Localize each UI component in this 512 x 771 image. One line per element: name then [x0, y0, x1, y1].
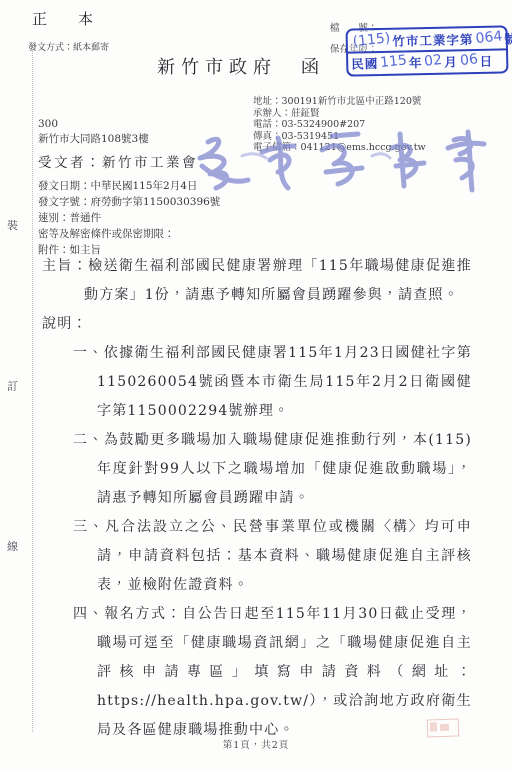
stamp-org-text: 竹市工業: [392, 30, 446, 49]
meta-security-class: 密等及解密條件或保密期限：: [38, 226, 220, 242]
stamp-day-handwritten: 06: [459, 51, 478, 69]
stamp-year-handwritten: 115: [379, 52, 407, 71]
stamp-year-unit: 年: [409, 53, 423, 71]
stamp-date-row: 民國 115 年 02 月 06 日: [348, 48, 506, 73]
meta-doc-number: 發文字號：府勞動字第1150030396號: [38, 194, 220, 210]
item-number: 三、: [73, 519, 105, 535]
explanation-label: 說明：: [42, 310, 472, 339]
stamp-month-unit: 月: [444, 52, 458, 70]
page-number-footer: 第1頁，共2頁: [0, 737, 512, 751]
item-text: 依據衛生福利部國民健康署115年1月23日國健社字第1150260054號函暨本…: [97, 345, 472, 419]
subject-text: 檢送衛生福利部國民健康署辦理「115年職場健康促進推動方案」1份，請惠予轉知所屬…: [84, 258, 472, 303]
explanation-item-1: 一、依據衛生福利部國民健康署115年1月23日國健社字第1150260054號函…: [42, 339, 472, 426]
receipt-date-stamp: (115) 竹市工業 字第 064 號 民國 115 年 02 月 06 日: [346, 25, 509, 76]
recipient-line: 受文者：新竹市工業會: [38, 151, 198, 171]
binding-mark-ding: 訂: [7, 378, 18, 394]
binding-mark-zhuang: 裝: [7, 217, 18, 233]
stamp-month-handwritten: 02: [424, 52, 443, 70]
subject-paragraph: 主旨：檢送衛生福利部國民健康署辦理「115年職場健康促進推動方案」1份，請惠予轉…: [42, 252, 472, 310]
recipient-address: 新竹市大同路108號3樓: [38, 132, 149, 147]
copy-type-label: 正 本: [32, 8, 101, 29]
item-text: 報名方式：自公告日起至115年11月30日截止受理，職場可逕至「健康職場資訊網」…: [97, 606, 472, 738]
item-number: 一、: [73, 345, 104, 361]
recipient-address-block: 300 新竹市大同路108號3樓: [38, 117, 149, 147]
stamp-number-handwritten: 064: [475, 28, 503, 47]
explanation-item-3: 三、凡合法設立之公、民營事業單位或機關〈構〉均可申請，申請資料包括：基本資料、職…: [42, 513, 472, 600]
item-text: 凡合法設立之公、民營事業單位或機關〈構〉均可申請，申請資料包括：基本資料、職場健…: [97, 519, 472, 593]
meta-speed-class: 速別：普通件: [38, 210, 220, 226]
document-body: 主旨：檢送衛生福利部國民健康署辦理「115年職場健康促進推動方案」1份，請惠予轉…: [42, 252, 472, 745]
item-text: 為鼓勵更多職場加入職場健康促進推動行列，本(115)年度針對99人以下之職場增加…: [97, 432, 472, 506]
recipient-postal-code: 300: [38, 117, 149, 132]
contact-fax-line: 傳真：03-5319451: [253, 131, 426, 143]
item-number: 四、: [73, 606, 104, 622]
item-number: 二、: [73, 432, 104, 448]
meta-issue-date: 發文日期：中華民國115年2月4日: [38, 178, 220, 194]
sender-contact-block: 地址：300191新竹市北區中正路120號 承辦人：莊鉦賢 電話：03-5324…: [253, 96, 426, 154]
stamp-minguo-text: 民國: [351, 54, 378, 73]
binding-mark-xian: 線: [7, 538, 18, 554]
stamp-year-prefix-handwritten: (115): [352, 30, 391, 50]
contact-address-line: 地址：300191新竹市北區中正路120號: [253, 96, 426, 108]
contact-officer-line: 承辦人：莊鉦賢: [253, 108, 426, 120]
contact-phone-line: 電話：03-5324900#207: [253, 119, 426, 131]
stamp-hao-text: 號: [504, 29, 512, 47]
document-page: 裝 訂 線 正 本 發文方式：紙本郵寄 檔 號： 保存年限： 新竹市政府 函 (…: [0, 0, 512, 771]
explanation-item-4: 四、報名方式：自公告日起至115年11月30日截止受理，職場可逕至「健康職場資訊…: [42, 600, 472, 745]
explanation-item-2: 二、為鼓勵更多職場加入職場健康促進推動行列，本(115)年度針對99人以下之職場…: [42, 426, 472, 513]
doc-meta-block: 發文日期：中華民國115年2月4日 發文字號：府勞動字第1150030396號 …: [38, 178, 220, 258]
subject-label: 主旨：: [42, 258, 88, 274]
binding-dotted-line: [32, 44, 33, 732]
stamp-zidi-text: 字第: [446, 30, 473, 49]
contact-email-line: 電子信箱：041121@ems.hccg.gov.tw: [253, 142, 426, 154]
delivery-method-label: 發文方式：紙本郵寄: [28, 40, 109, 53]
stamp-day-unit: 日: [479, 52, 493, 70]
red-seal-stamp: [427, 718, 460, 737]
